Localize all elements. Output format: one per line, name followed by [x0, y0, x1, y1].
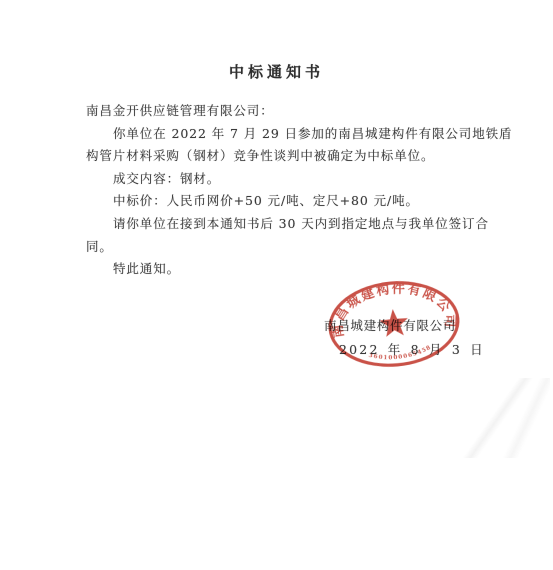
body-line: 你单位在 2022 年 7 月 29 日参加的南昌城建构件有限公司地铁盾	[86, 123, 491, 146]
document-title: 中标通知书	[0, 61, 553, 82]
seal-star-icon	[378, 308, 409, 337]
body-line: 构管片材料采购（钢材）竞争性谈判中被确定为中标单位。	[86, 145, 491, 168]
company-seal-stamp: 南昌城建构件有限公司 3601000065458	[320, 270, 468, 378]
recipient-line: 南昌金开供应链管理有限公司：	[86, 100, 491, 123]
body-line: 成交内容：钢材。	[86, 168, 491, 191]
scan-noise-artifact	[455, 378, 550, 458]
body-line: 同。	[86, 236, 491, 259]
body-line: 请你单位在接到本通知书后 30 天内到指定地点与我单位签订合	[86, 213, 491, 236]
document-page: 中标通知书 南昌金开供应链管理有限公司： 你单位在 2022 年 7 月 29 …	[0, 0, 553, 570]
document-body: 南昌金开供应链管理有限公司： 你单位在 2022 年 7 月 29 日参加的南昌…	[86, 100, 491, 281]
body-line: 中标价：人民币网价+50 元/吨、定尺+80 元/吨。	[86, 190, 491, 213]
